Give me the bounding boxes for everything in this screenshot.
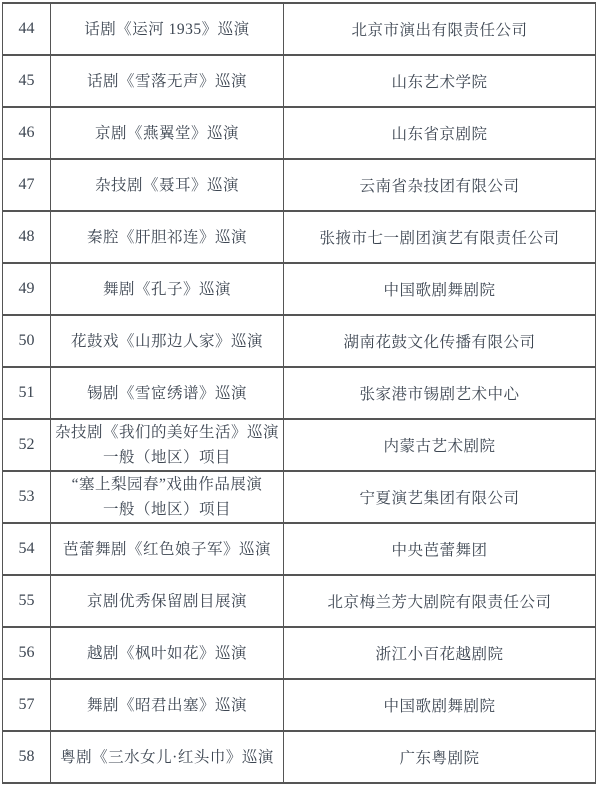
row-number: 49 <box>3 263 51 315</box>
organization-cell: 中国歌剧舞剧院 <box>284 679 596 731</box>
project-name: 舞剧《孔子》巡演 <box>53 277 281 302</box>
table-row: 52 杂技剧《我们的美好生活》巡演一般（地区）项目 内蒙古艺术剧院 <box>3 419 596 471</box>
project-name-cell: 舞剧《孔子》巡演 <box>51 263 284 315</box>
project-name: 话剧《运河 1935》巡演 <box>53 17 281 42</box>
table-row: 56 越剧《枫叶如花》巡演 浙江小百花越剧院 <box>3 627 596 679</box>
organization-cell: 湖南花鼓文化传播有限公司 <box>284 315 596 367</box>
table-row: 51 锡剧《雪宧绣谱》巡演 张家港市锡剧艺术中心 <box>3 367 596 419</box>
row-number: 54 <box>3 523 51 575</box>
organization-cell: 张家港市锡剧艺术中心 <box>284 367 596 419</box>
row-number: 50 <box>3 315 51 367</box>
project-name-cell: 舞剧《昭君出塞》巡演 <box>51 679 284 731</box>
row-number: 56 <box>3 627 51 679</box>
row-number: 58 <box>3 731 51 783</box>
project-name-cell: 京剧优秀保留剧目展演 <box>51 575 284 627</box>
row-number: 55 <box>3 575 51 627</box>
project-name: 芭蕾舞剧《红色娘子军》巡演 <box>53 537 281 562</box>
row-number: 52 <box>3 419 51 471</box>
project-name: 粤剧《三水女儿·红头巾》巡演 <box>53 745 281 770</box>
table-row: 45 话剧《雪落无声》巡演 山东艺术学院 <box>3 55 596 107</box>
project-name: 秦腔《肝胆祁连》巡演 <box>53 225 281 250</box>
table-row: 54 芭蕾舞剧《红色娘子军》巡演 中央芭蕾舞团 <box>3 523 596 575</box>
project-name-cell: 芭蕾舞剧《红色娘子军》巡演 <box>51 523 284 575</box>
organization-cell: 中国歌剧舞剧院 <box>284 263 596 315</box>
table-row: 55 京剧优秀保留剧目展演 北京梅兰芳大剧院有限责任公司 <box>3 575 596 627</box>
project-name-cell: 杂技剧《聂耳》巡演 <box>51 159 284 211</box>
project-name-cell: “塞上梨园春”戏曲作品展演一般（地区）项目 <box>51 471 284 523</box>
organization-cell: 云南省杂技团有限公司 <box>284 159 596 211</box>
project-name-cell: 粤剧《三水女儿·红头巾》巡演 <box>51 731 284 783</box>
project-name: 越剧《枫叶如花》巡演 <box>53 641 281 666</box>
project-name-cell: 话剧《雪落无声》巡演 <box>51 55 284 107</box>
row-number: 51 <box>3 367 51 419</box>
document-page: 44 话剧《运河 1935》巡演 北京市演出有限责任公司 45 话剧《雪落无声》… <box>0 0 600 789</box>
project-name-cell: 话剧《运河 1935》巡演 <box>51 3 284 55</box>
project-name-cell: 花鼓戏《山那边人家》巡演 <box>51 315 284 367</box>
table-row: 49 舞剧《孔子》巡演 中国歌剧舞剧院 <box>3 263 596 315</box>
project-name: 杂技剧《聂耳》巡演 <box>53 173 281 198</box>
row-number: 48 <box>3 211 51 263</box>
organization-cell: 内蒙古艺术剧院 <box>284 419 596 471</box>
project-name: 京剧《燕翼堂》巡演 <box>53 121 281 146</box>
table-row: 47 杂技剧《聂耳》巡演 云南省杂技团有限公司 <box>3 159 596 211</box>
row-number: 46 <box>3 107 51 159</box>
table-row: 44 话剧《运河 1935》巡演 北京市演出有限责任公司 <box>3 3 596 55</box>
table-row: 50 花鼓戏《山那边人家》巡演 湖南花鼓文化传播有限公司 <box>3 315 596 367</box>
project-name-cell: 京剧《燕翼堂》巡演 <box>51 107 284 159</box>
table-row: 57 舞剧《昭君出塞》巡演 中国歌剧舞剧院 <box>3 679 596 731</box>
organization-cell: 北京市演出有限责任公司 <box>284 3 596 55</box>
row-number: 44 <box>3 3 51 55</box>
organization-cell: 山东艺术学院 <box>284 55 596 107</box>
project-name: 锡剧《雪宧绣谱》巡演 <box>53 381 281 406</box>
project-name-cell: 秦腔《肝胆祁连》巡演 <box>51 211 284 263</box>
organization-cell: 广东粤剧院 <box>284 731 596 783</box>
row-number: 45 <box>3 55 51 107</box>
organization-cell: 山东省京剧院 <box>284 107 596 159</box>
row-number: 53 <box>3 471 51 523</box>
project-name: 京剧优秀保留剧目展演 <box>53 589 281 614</box>
project-name-cell: 越剧《枫叶如花》巡演 <box>51 627 284 679</box>
project-name: “塞上梨园春”戏曲作品展演 <box>53 472 281 497</box>
organization-cell: 北京梅兰芳大剧院有限责任公司 <box>284 575 596 627</box>
project-name-cell: 锡剧《雪宧绣谱》巡演 <box>51 367 284 419</box>
organization-cell: 中央芭蕾舞团 <box>284 523 596 575</box>
organization-cell: 宁夏演艺集团有限公司 <box>284 471 596 523</box>
table-row: 58 粤剧《三水女儿·红头巾》巡演 广东粤剧院 <box>3 731 596 783</box>
organization-cell: 张掖市七一剧团演艺有限责任公司 <box>284 211 596 263</box>
table-row: 46 京剧《燕翼堂》巡演 山东省京剧院 <box>3 107 596 159</box>
table-row: 48 秦腔《肝胆祁连》巡演 张掖市七一剧团演艺有限责任公司 <box>3 211 596 263</box>
row-number: 57 <box>3 679 51 731</box>
projects-table: 44 话剧《运河 1935》巡演 北京市演出有限责任公司 45 话剧《雪落无声》… <box>2 2 596 784</box>
project-name: 花鼓戏《山那边人家》巡演 <box>53 329 281 354</box>
project-name: 杂技剧《我们的美好生活》巡演 <box>53 420 281 445</box>
project-category: 一般（地区）项目 <box>53 445 281 470</box>
project-name-cell: 杂技剧《我们的美好生活》巡演一般（地区）项目 <box>51 419 284 471</box>
project-name: 话剧《雪落无声》巡演 <box>53 69 281 94</box>
project-category: 一般（地区）项目 <box>53 497 281 522</box>
organization-cell: 浙江小百花越剧院 <box>284 627 596 679</box>
table-row: 53 “塞上梨园春”戏曲作品展演一般（地区）项目 宁夏演艺集团有限公司 <box>3 471 596 523</box>
row-number: 47 <box>3 159 51 211</box>
project-name: 舞剧《昭君出塞》巡演 <box>53 693 281 718</box>
